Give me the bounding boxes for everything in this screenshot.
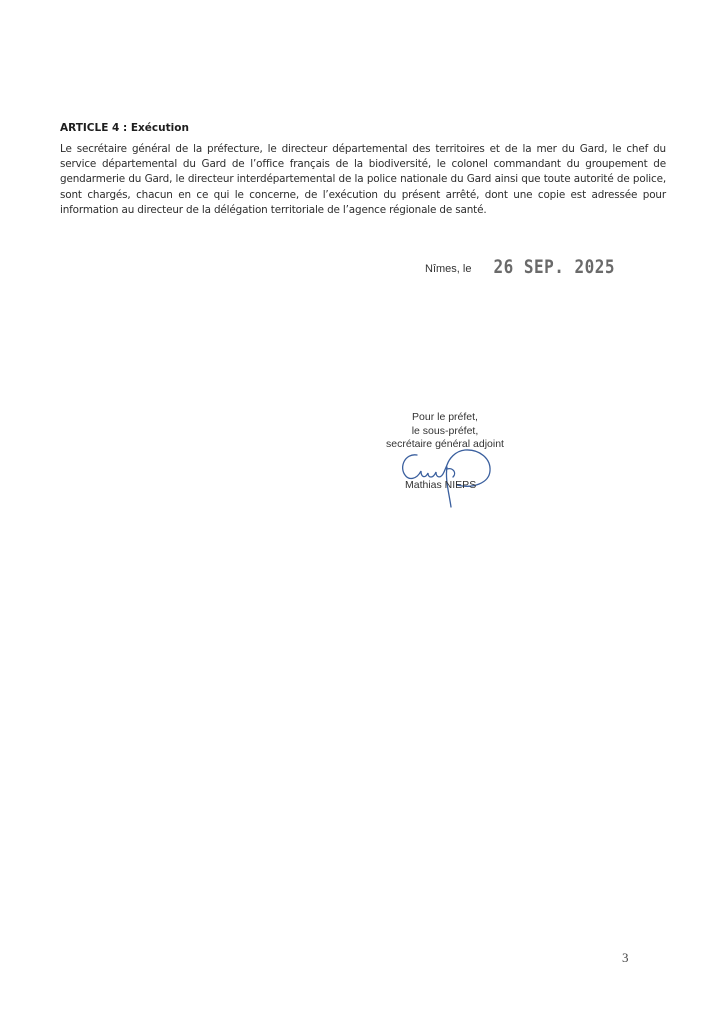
- signature-line-2: le sous-préfet,: [360, 425, 530, 439]
- page-number: 3: [622, 950, 629, 966]
- signer-name: Mathias NIEPS: [405, 479, 476, 491]
- place-label: Nîmes, le: [425, 263, 471, 275]
- date-stamp: 26 SEP. 2025: [493, 256, 615, 278]
- article-body: Le secrétaire général de la préfecture, …: [60, 142, 666, 218]
- signature-line-1: Pour le préfet,: [360, 411, 530, 425]
- place-date: Nîmes, le 26 SEP. 2025: [425, 257, 615, 276]
- article-title: ARTICLE 4 : Exécution: [60, 122, 189, 134]
